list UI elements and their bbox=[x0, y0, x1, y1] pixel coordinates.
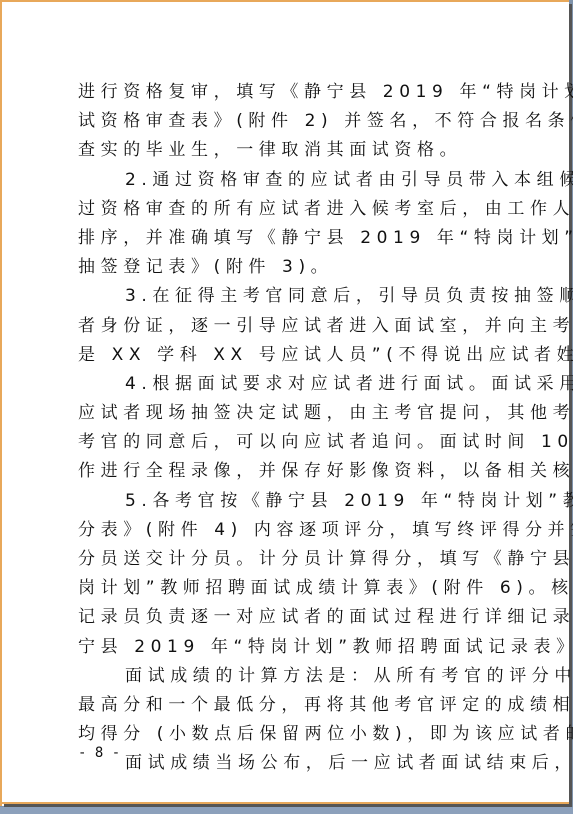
text-line: 宁县 2019 年“特岗计划”教师招聘面试记录表》(附件 5)。 bbox=[78, 633, 508, 662]
page-number: - 8 - bbox=[78, 745, 120, 761]
text-line: 均得分 (小数点后保留两位小数)，即为该应试者的面试成绩。 bbox=[78, 720, 508, 749]
text-line: 者身份证，逐一引导应试者进入面试室，并向主考官报告：“这 bbox=[78, 312, 508, 341]
text-line: 记录员负责逐一对应试者的面试过程进行详细记录，填写《静 bbox=[78, 603, 508, 632]
viewer-background bbox=[0, 807, 573, 814]
text-line: 抽签登记表》(附件 3)。 bbox=[78, 253, 508, 282]
text-line: 面试成绩当场公布，后一应试者面试结束后，由主考官当 bbox=[78, 749, 508, 778]
text-line: 最高分和一个最低分，再将其他考官评定的成绩相加，算出平 bbox=[78, 691, 508, 720]
text-line: 3.在征得主考官同意后，引导员负责按抽签顺序核对应试 bbox=[78, 282, 508, 311]
document-body: 进行资格复审，填写《静宁县 2019 年“特岗计划”教师招聘面 试资格审查表》(… bbox=[78, 78, 508, 779]
text-line: 面试成绩的计算方法是：从所有考官的评分中，去掉一个 bbox=[78, 662, 508, 691]
text-line: 5.各考官按《静宁县 2019 年“特岗计划”教师招聘面试评 bbox=[78, 487, 508, 516]
text-line: 过资格审查的所有应试者进入候考室后，由工作人员组织抽签 bbox=[78, 195, 508, 224]
page-border-bottom bbox=[0, 802, 569, 804]
text-line: 是 XX 学科 XX 号应试人员”(不得说出应试者姓名)。 bbox=[78, 341, 508, 370]
text-line: 考官的同意后，可以向应试者追问。面试时间 10 分钟。面试工 bbox=[78, 428, 508, 457]
text-line: 分表》(附件 4) 内容逐项评分，填写终评得分并签名后，由核 bbox=[78, 516, 508, 545]
text-line: 排序，并准确填写《静宁县 2019 年“特岗计划”教师招聘面试 bbox=[78, 224, 508, 253]
text-line: 进行资格复审，填写《静宁县 2019 年“特岗计划”教师招聘面 bbox=[78, 78, 508, 107]
text-line: 应试者现场抽签决定试题，由主考官提问，其他考官在征得主 bbox=[78, 399, 508, 428]
text-line: 2.通过资格审查的应试者由引导员带入本组候考室，待通 bbox=[78, 166, 508, 195]
text-line: 作进行全程录像，并保存好影像资料，以备相关核查。 bbox=[78, 457, 508, 486]
text-line: 查实的毕业生，一律取消其面试资格。 bbox=[78, 136, 508, 165]
text-line: 岗计划”教师招聘面试成绩计算表》(附件 6)。核分员核查分数。 bbox=[78, 574, 508, 603]
text-line: 分员送交计分员。计分员计算得分，填写《静宁县 2019 年“特 bbox=[78, 545, 508, 574]
text-line: 试资格审查表》(附件 2) 并签名，不符合报名条件或被举报经 bbox=[78, 107, 508, 136]
text-line: 4.根据面试要求对应试者进行面试。面试采用问答法，由 bbox=[78, 370, 508, 399]
